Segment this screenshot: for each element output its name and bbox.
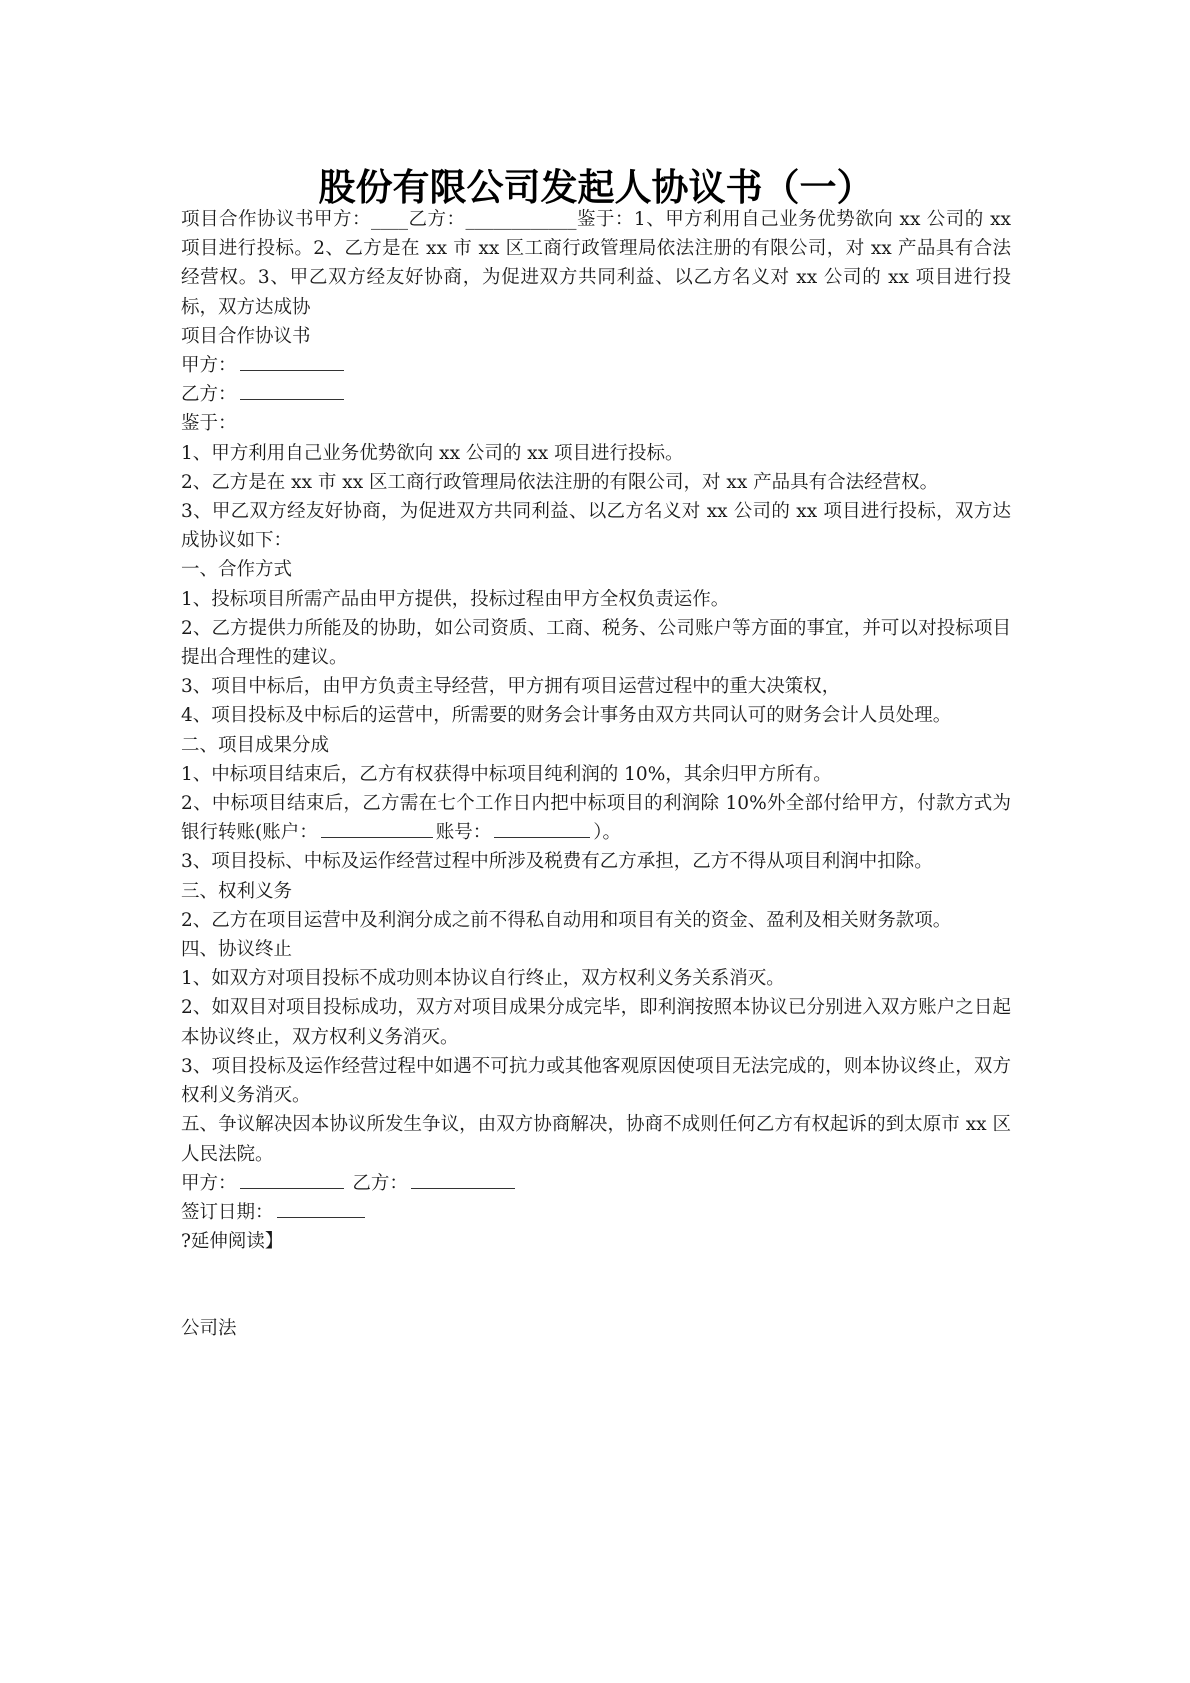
- sign-date-line: 签订日期：: [181, 1198, 1011, 1227]
- party-a-line: 甲方：: [181, 351, 1011, 380]
- sign-date-blank: [277, 1199, 365, 1218]
- party-b-blank: [240, 381, 344, 400]
- section-item: 2、乙方在项目运营中及利润分成之前不得私自动用和项目有关的资金、盈利及相关财务款…: [181, 906, 1011, 935]
- sign-party-a-blank: [240, 1170, 344, 1189]
- extended-reading: ?延伸阅读】: [181, 1227, 1011, 1256]
- payment-suffix: ）。: [593, 822, 621, 843]
- whereas-item: 3、甲乙双方经友好协商，为促进双方共同利益、以乙方名义对 xx 公司的 xx 项…: [181, 497, 1011, 555]
- sign-party-b-blank: [411, 1170, 515, 1189]
- section-item: 2、如双目对项目投标成功，双方对项目成果分成完毕，即利润按照本协议已分别进入双方…: [181, 993, 1011, 1051]
- section-heading: 二、项目成果分成: [181, 731, 1011, 760]
- whereas-item: 2、乙方是在 xx 市 xx 区工商行政管理局依法注册的有限公司，对 xx 产品…: [181, 468, 1011, 497]
- section-heading: 四、协议终止: [181, 935, 1011, 964]
- intro-paragraph: 项目合作协议书甲方：____乙方：____________鉴于：1、甲方利用自己…: [181, 205, 1011, 322]
- party-b-label: 乙方：: [181, 384, 237, 405]
- account-name-blank: [321, 819, 433, 838]
- section-heading: 一、合作方式: [181, 555, 1011, 584]
- sign-date-label: 签订日期：: [181, 1202, 274, 1223]
- section-item: 3、项目投标、中标及运作经营过程中所涉及税费有乙方承担，乙方不得从项目利润中扣除…: [181, 847, 1011, 876]
- section-item-payment: 2、中标项目结束后，乙方需在七个工作日内把中标项目的利润除 10%外全部付给甲方…: [181, 789, 1011, 847]
- document-body: 项目合作协议书甲方：____乙方：____________鉴于：1、甲方利用自己…: [181, 205, 1011, 1344]
- party-a-blank: [240, 352, 344, 371]
- section-item: 1、投标项目所需产品由甲方提供，投标过程由甲方全权负责运作。: [181, 585, 1011, 614]
- footer-topic: 公司法: [181, 1314, 1011, 1343]
- sign-party-a-label: 甲方：: [181, 1173, 237, 1194]
- section-item: 4、项目投标及中标后的运营中，所需要的财务会计事务由双方共同认可的财务会计人员处…: [181, 701, 1011, 730]
- section-item: 3、项目中标后，由甲方负责主导经营，甲方拥有项目运营过程中的重大决策权，: [181, 672, 1011, 701]
- account-number-blank: [494, 819, 590, 838]
- section-item: 2、乙方提供力所能及的协助，如公司资质、工商、税务、公司账户等方面的事宜，并可以…: [181, 614, 1011, 672]
- spacer: [181, 1256, 1011, 1314]
- sign-party-b-label: 乙方：: [352, 1173, 408, 1194]
- party-b-line: 乙方：: [181, 380, 1011, 409]
- section-item: 1、中标项目结束后，乙方有权获得中标项目纯利润的 10%，其余归甲方所有。: [181, 760, 1011, 789]
- section-heading: 三、权利义务: [181, 877, 1011, 906]
- account-number-label: 账号：: [436, 822, 492, 843]
- party-a-label: 甲方：: [181, 355, 237, 376]
- whereas-item: 1、甲方利用自己业务优势欲向 xx 公司的 xx 项目进行投标。: [181, 439, 1011, 468]
- section-item: 1、如双方对项目投标不成功则本协议自行终止，双方权利义务关系消灭。: [181, 964, 1011, 993]
- signature-line: 甲方： 乙方：: [181, 1169, 1011, 1198]
- section-item: 3、项目投标及运作经营过程中如遇不可抗力或其他客观原因使项目无法完成的，则本协议…: [181, 1052, 1011, 1110]
- whereas-label: 鉴于：: [181, 409, 1011, 438]
- agreement-heading: 项目合作协议书: [181, 322, 1011, 351]
- dispute-clause: 五、争议解决因本协议所发生争议，由双方协商解决，协商不成则任何乙方有权起诉的到太…: [181, 1110, 1011, 1168]
